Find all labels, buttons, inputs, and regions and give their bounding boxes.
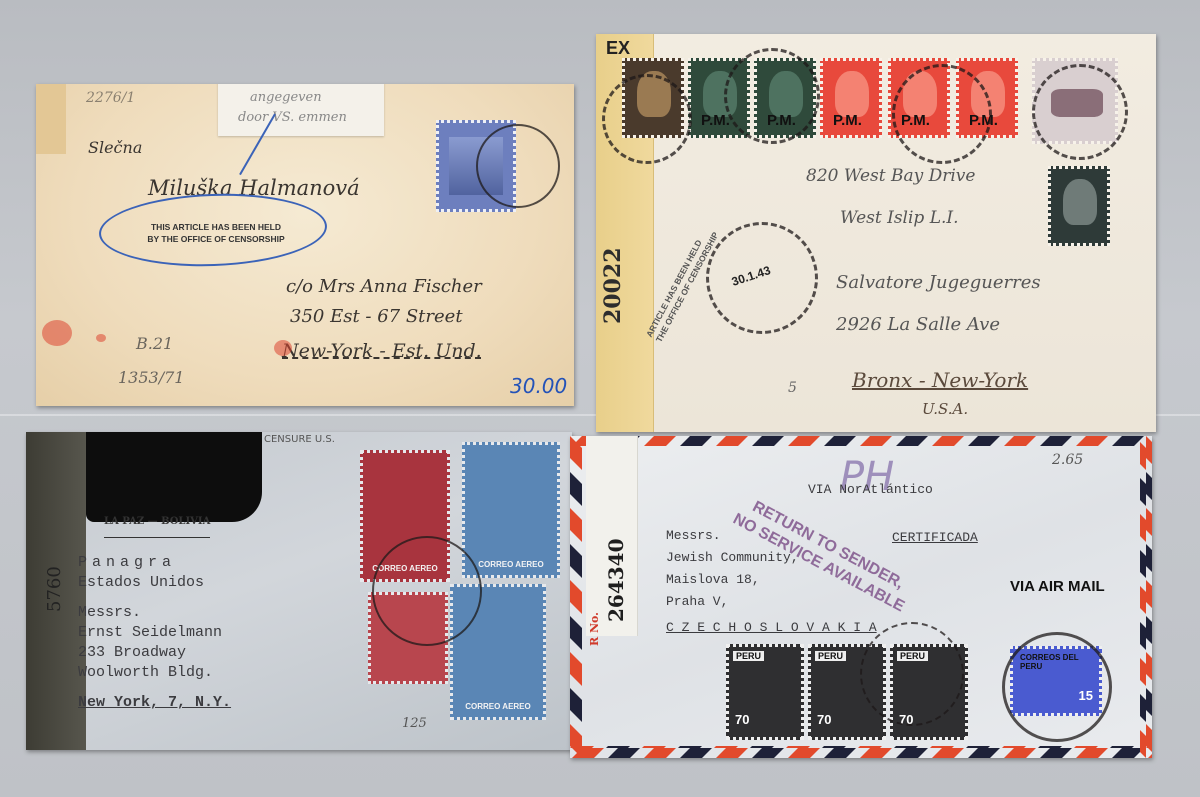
red-stain	[42, 320, 72, 346]
pencil-price: 2.65	[1052, 452, 1083, 468]
address-line: Ernst Seidelmann	[78, 624, 222, 641]
price-marking: 30.00	[510, 374, 567, 398]
registration-prefix: R No.	[588, 612, 601, 646]
address-line: 2926 La Salle Ave	[836, 314, 1000, 335]
italy-stamp	[1048, 166, 1110, 246]
address-line: Bronx - New-York	[852, 368, 1028, 392]
bolivia-eucharistic-stamp: CORREO AEREO	[462, 442, 560, 578]
pencil-note: B.21	[136, 334, 173, 353]
address-line: Woolworth Bldg.	[78, 664, 213, 681]
sender-city: LA PAZ — BOLIVIA	[104, 516, 210, 538]
peru-condor-stamp: PERU70	[726, 644, 804, 740]
italy-envelope: EX 20022 ARTICLE HAS BEEN HELD THE OFFIC…	[596, 34, 1156, 432]
red-stain	[274, 340, 292, 356]
postmark	[892, 64, 992, 164]
postmark	[1002, 632, 1112, 742]
italy-stamp: P.M.	[820, 58, 882, 138]
registration-number: 264340	[604, 539, 628, 623]
pencil-reference: 2276/1	[86, 90, 135, 106]
pencil-note: 5	[788, 380, 797, 396]
airmail-label: VIA AIR MAIL	[1010, 578, 1105, 595]
censor-note: CENSURE U.S.	[264, 434, 335, 445]
address-line: 350 Est - 67 Street	[290, 306, 463, 327]
address-line: Maislova 18,	[666, 572, 760, 587]
address-line: Praha V,	[666, 594, 728, 609]
service-line: CERTIFICADA	[892, 530, 978, 545]
address-line: New-York - Est. Und.	[282, 340, 482, 362]
address-line: Messrs.	[666, 528, 721, 543]
route-line: VIA NorAtlántico	[808, 482, 933, 497]
postmark	[860, 622, 964, 726]
tape-strip	[36, 84, 66, 154]
address-line: New York, 7, N.Y.	[78, 694, 231, 711]
address-line: West Islip L.I.	[840, 208, 959, 228]
address-line: c/o Mrs Anna Fischer	[286, 276, 482, 297]
address-line: 820 West Bay Drive	[806, 166, 975, 186]
address-line: Panagra	[78, 554, 176, 571]
postmark	[372, 536, 482, 646]
bolivia-envelope: 5760 CENSURE U.S. LA PAZ — BOLIVIA Panag…	[26, 432, 572, 750]
address-line: U.S.A.	[922, 400, 968, 418]
censor-number: 5760	[44, 566, 65, 612]
address-line: C Z E C H O S L O V A K I A	[666, 620, 877, 635]
postmark	[476, 124, 560, 208]
postmark	[1032, 64, 1128, 160]
tape-label: EX	[606, 38, 630, 59]
blacked-out-return-address	[86, 432, 262, 522]
postmark	[724, 48, 820, 144]
peru-envelope: 264340 R No. PH 2.65 VIA NorAtlántico CE…	[570, 436, 1152, 758]
address-line: Estados Unidos	[78, 574, 204, 591]
pencil-note: 1353/71	[118, 368, 184, 387]
postmark	[602, 74, 692, 164]
censor-number: 20022	[600, 247, 626, 324]
pencil-note: 125	[402, 716, 427, 731]
dated-postmark: 30.1.43	[706, 222, 818, 334]
bohemia-envelope: 2276/1 Slečna Miluška Halmanová THIS ART…	[36, 84, 574, 406]
red-stain	[96, 334, 106, 342]
censorship-stamp: THIS ARTICLE HAS BEEN HELD BY THE OFFICE…	[136, 221, 296, 245]
address-line: 233 Broadway	[78, 644, 186, 661]
address-line: Messrs.	[78, 604, 141, 621]
annotation-slip: nov 41 → 12-9-45 angegeven door VS. emme…	[218, 84, 384, 136]
address-line: Salvatore Jugeguerres	[836, 272, 1041, 293]
salutation: Slečna	[88, 138, 142, 157]
address-line: Jewish Community,	[666, 550, 799, 565]
